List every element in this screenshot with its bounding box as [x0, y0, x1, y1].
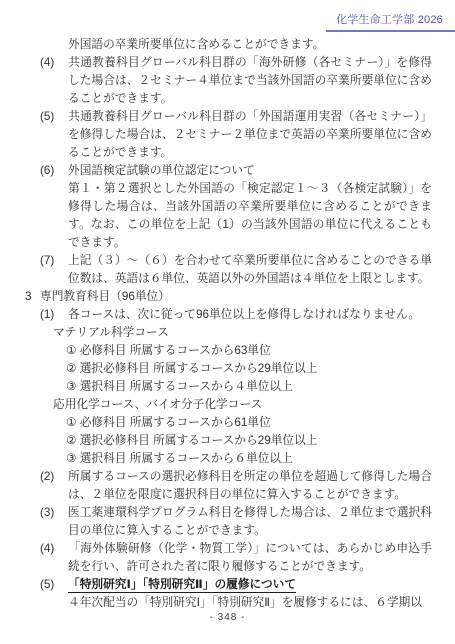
paragraph-text: 共通教養科目グローバル科目群の「外国語運用実習（各セミナー）」を修得した場合は、… [68, 110, 432, 159]
page-number: - 348 - [210, 612, 246, 623]
paragraph-text: マテリアル科学コース [53, 326, 169, 339]
list-item: (7)上記（３）～（６）を合わせて卒業所要単位に含めることのできる単位数は、英語… [0, 252, 432, 288]
paragraph-text: 外国語の卒業所要単位に含めることができます。 [68, 38, 324, 51]
list-item: (5)「特別研究Ⅰ」「特別研究Ⅱ」の履修について [0, 576, 432, 594]
paragraph: ① 必修科目 所属するコースから61単位 [0, 414, 432, 432]
paragraph: 応用化学コース、バイオ分子化学コース [0, 396, 432, 414]
list-item: (1)各コースは、次に従って96単位以上を修得しなければなりません。 [0, 306, 432, 324]
paragraph-text: 第１・第２選択とした外国語の「検定認定１～３（各検定試験）」を修得した場合は、当… [68, 182, 432, 249]
paragraph-text: 上記（３）～（６）を合わせて卒業所要単位に含めることのできる単位数は、英語は６単… [68, 254, 432, 285]
paragraph: ③ 選択科目 所属するコースから４単位以上 [0, 378, 432, 396]
paragraph-text: 「海外体験研修（化学・物質工学）」については、あらかじめ申込手続を行い、許可され… [68, 542, 432, 573]
paragraph-text: 所属するコースの選択必修科目を所定の単位を超過して修得した場合は、２単位を限度に… [68, 470, 432, 501]
item-marker: (4) [40, 540, 68, 558]
page-header: 化学生命工学部 2026 [326, 11, 455, 32]
paragraph-text: ② 選択必修科目 所属するコースから29単位以上 [66, 434, 317, 447]
paragraph-text: ③ 選択科目 所属するコースから６単位以上 [66, 452, 293, 465]
paragraph: ③ 選択科目 所属するコースから６単位以上 [0, 450, 432, 468]
item-marker: (4) [40, 54, 68, 72]
paragraph: 第１・第２選択とした外国語の「検定認定１～３（各検定試験）」を修得した場合は、当… [0, 180, 432, 252]
item-marker: (5) [40, 576, 68, 594]
list-item: (4)共通教養科目グローバル科目群の「海外研修（各セミナー）」を修得した場合は、… [0, 54, 432, 108]
paragraph-text: ４年次配当の「特別研究Ⅰ」「特別研究Ⅱ」を履修するには、６学期以 [68, 596, 422, 609]
list-item: (5)共通教養科目グローバル科目群の「外国語運用実習（各セミナー）」を修得した場… [0, 108, 432, 162]
paragraph-text: 医工薬連環科学プログラム科目を修得した場合は、２単位まで選択科目の単位に算入する… [68, 506, 432, 537]
list-item: (2)所属するコースの選択必修科目を所定の単位を超過して修得した場合は、２単位を… [0, 468, 432, 504]
list-item: (4)「海外体験研修（化学・物質工学）」については、あらかじめ申込手続を行い、許… [0, 540, 432, 576]
item-marker: (6) [40, 162, 68, 180]
faculty-year-label: 化学生命工学部 2026 [336, 14, 443, 26]
paragraph-text: ① 必修科目 所属するコースから61単位 [66, 416, 271, 429]
paragraph: ② 選択必修科目 所属するコースから29単位以上 [0, 360, 432, 378]
item-marker: (1) [40, 306, 68, 324]
document-page: 化学生命工学部 2026 外国語の卒業所要単位に含めることができます。(4)共通… [0, 0, 455, 644]
paragraph-text: 共通教養科目グローバル科目群の「海外研修（各セミナー）」を修得した場合は、２セミ… [68, 56, 432, 105]
list-item: (6)外国語検定試験の単位認定について [0, 162, 432, 180]
paragraph-text: ① 必修科目 所属するコースから63単位 [66, 344, 271, 357]
paragraph: ① 必修科目 所属するコースから63単位 [0, 342, 432, 360]
item-marker: (2) [40, 468, 68, 486]
page-footer: - 348 - [0, 612, 455, 623]
bold-underlined-heading: 「特別研究Ⅰ」「特別研究Ⅱ」の履修について [68, 578, 296, 593]
paragraph: ② 選択必修科目 所属するコースから29単位以上 [0, 432, 432, 450]
item-marker: (3) [40, 504, 68, 522]
paragraph-text: 各コースは、次に従って96単位以上を修得しなければなりません。 [68, 308, 420, 321]
paragraph: ４年次配当の「特別研究Ⅰ」「特別研究Ⅱ」を履修するには、６学期以 [0, 594, 432, 612]
paragraph-text: 外国語検定試験の単位認定について [68, 164, 255, 177]
item-marker: (5) [40, 108, 68, 126]
paragraph-text: ③ 選択科目 所属するコースから４単位以上 [66, 380, 293, 393]
list-item: (3)医工薬連環科学プログラム科目を修得した場合は、２単位まで選択科目の単位に算… [0, 504, 432, 540]
paragraph: マテリアル科学コース [0, 324, 432, 342]
paragraph: 外国語の卒業所要単位に含めることができます。 [0, 36, 432, 54]
list-item: 3専門教育科目（96単位） [0, 288, 432, 306]
document-body: 外国語の卒業所要単位に含めることができます。(4)共通教養科目グローバル科目群の… [0, 36, 432, 612]
paragraph-text: 専門教育科目（96単位） [40, 290, 170, 303]
item-marker: (7) [40, 252, 68, 270]
paragraph-text: 応用化学コース、バイオ分子化学コース [53, 398, 262, 411]
item-marker: 3 [25, 288, 40, 306]
paragraph-text: ② 選択必修科目 所属するコースから29単位以上 [66, 362, 317, 375]
